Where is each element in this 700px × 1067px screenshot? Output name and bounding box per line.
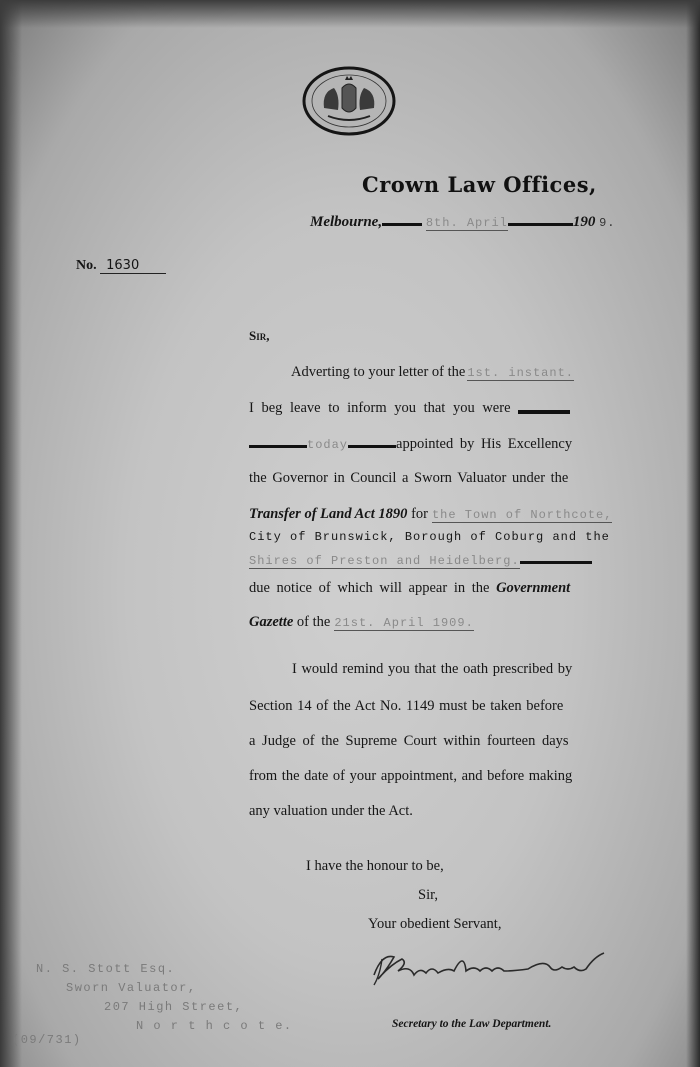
underline (520, 559, 592, 564)
body-line: due notice of which will appear in the G… (249, 580, 570, 597)
typed-fill: 21st. April 1909. (334, 616, 473, 631)
body-line: I beg leave to inform you that you were (249, 400, 570, 417)
body-text: for (411, 506, 428, 522)
body-line: I would remind you that the oath prescri… (292, 661, 572, 678)
letterhead-title: Crown Law Offices, (362, 172, 597, 197)
body-line: any valuation under the Act. (249, 803, 413, 820)
salutation: Sir, (249, 328, 269, 344)
body-line: from the date of your appointment, and b… (249, 768, 572, 785)
underline (348, 443, 396, 448)
signature (368, 945, 608, 990)
italic-text: Government (496, 580, 570, 596)
addressee-street: 207 High Street, (104, 1000, 243, 1014)
body-text: Adverting to your letter of the (291, 364, 465, 380)
typed-fill: today (307, 438, 348, 452)
typed-date: 8th. April (426, 216, 508, 231)
body-text: I beg leave to inform you that you were (249, 400, 511, 416)
body-line: Shires of Preston and Heidelberg. (249, 552, 592, 569)
body-text: of the (297, 614, 330, 630)
underline (382, 221, 422, 226)
closing-line: I have the honour to be, (306, 858, 444, 875)
body-text: appointed by His Excellency (396, 436, 572, 452)
addressee-role: Sworn Valuator, (66, 981, 197, 995)
letter-page: Crown Law Offices, Melbourne, 8th. April… (0, 0, 700, 1067)
coat-of-arms-seal-icon (302, 66, 396, 136)
reference-number: No. 1630 (76, 258, 166, 274)
typed-fill: 1st. instant. (467, 366, 574, 381)
body-line: a Judge of the Supreme Court within four… (249, 733, 569, 750)
typed-fill: Shires of Preston and Heidelberg. (249, 554, 520, 569)
underline (249, 443, 307, 448)
photo-edge-left (0, 0, 22, 1067)
addressee-name: N. S. Stott Esq. (36, 962, 175, 976)
year-typed: 9. (599, 216, 615, 230)
photo-edge-right (686, 0, 700, 1067)
body-line: Section 14 of the Act No. 1149 must be t… (249, 698, 563, 715)
act-title: Transfer of Land Act 1890 (249, 506, 407, 522)
signatory-title: Secretary to the Law Department. (392, 1018, 551, 1030)
file-reference: (09/731) (12, 1033, 82, 1047)
italic-text: Gazette (249, 614, 293, 630)
dateline-place: Melbourne, (310, 214, 382, 230)
reference-value: 1630 (100, 258, 166, 274)
body-line: Gazette of the21st. April 1909. (249, 614, 474, 631)
closing-line: Sir, (418, 887, 438, 904)
reference-label: No. (76, 258, 97, 273)
body-text: due notice of which will appear in the (249, 580, 489, 596)
year-prefix: 190 (573, 214, 596, 230)
body-line: todayappointed by His Excellency (249, 436, 572, 453)
underline (508, 221, 573, 226)
typed-fill: the Town of Northcote, (432, 508, 612, 523)
photo-edge-top (0, 0, 700, 28)
body-line: the Governor in Council a Sworn Valuator… (249, 470, 568, 487)
addressee-town: N o r t h c o t e. (136, 1019, 293, 1033)
typed-line: City of Brunswick, Borough of Coburg and… (249, 530, 610, 544)
struck-text (518, 404, 570, 414)
body-line: Adverting to your letter of the1st. inst… (291, 364, 574, 381)
body-line: Transfer of Land Act 1890 forthe Town of… (249, 506, 612, 523)
closing-line: Your obedient Servant, (368, 916, 501, 933)
dateline: Melbourne, 8th. April190 9. (310, 214, 616, 231)
